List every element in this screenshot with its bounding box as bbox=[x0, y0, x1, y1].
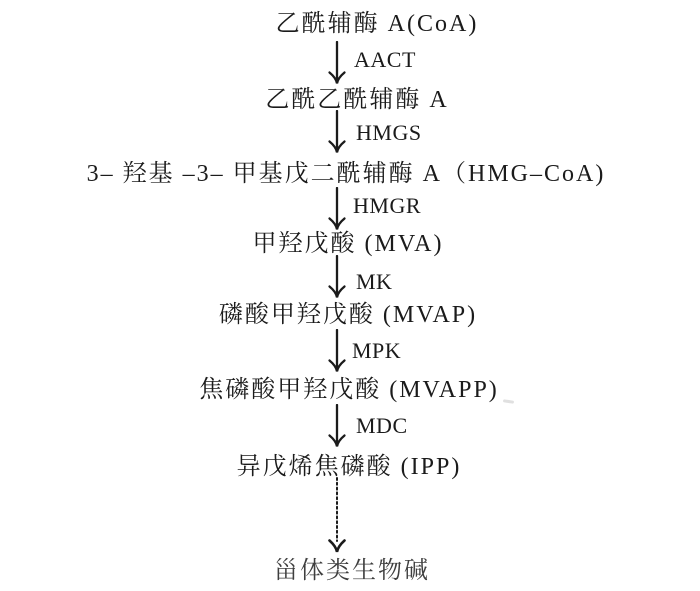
down-arrow-icon bbox=[326, 329, 348, 374]
down-arrow-icon bbox=[326, 41, 348, 86]
node-acetoacetyl-coa: 乙酰乙酰辅酶 A bbox=[265, 86, 448, 114]
down-arrow-icon bbox=[326, 110, 348, 155]
dotted-down-arrow-icon bbox=[326, 477, 348, 555]
node-mvapp: 焦磷酸甲羟戊酸 (MVAPP) bbox=[199, 376, 499, 404]
node-ipp: 异戊烯焦磷酸 (IPP) bbox=[237, 453, 462, 481]
down-arrow-icon bbox=[326, 404, 348, 449]
scan-artifact bbox=[503, 399, 514, 404]
enzyme-label-mdc: MDC bbox=[356, 413, 408, 439]
node-hmg-coa: 3– 羟基 –3– 甲基戊二酰辅酶 A（HMG–CoA) bbox=[87, 160, 606, 188]
enzyme-label-hmgs: HMGS bbox=[356, 120, 422, 146]
enzyme-label-aact: AACT bbox=[354, 47, 416, 73]
down-arrow-icon bbox=[326, 187, 348, 232]
node-acetyl-coa: 乙酰辅酶 A(CoA) bbox=[276, 10, 479, 38]
enzyme-label-hmgr: HMGR bbox=[353, 193, 421, 219]
enzyme-label-mk: MK bbox=[356, 269, 392, 295]
down-arrow-icon bbox=[326, 255, 348, 300]
enzyme-label-mpk: MPK bbox=[352, 338, 401, 364]
mva-pathway-diagram: 乙酰辅酶 A(CoA) 乙酰乙酰辅酶 A 3– 羟基 –3– 甲基戊二酰辅酶 A… bbox=[0, 0, 700, 591]
node-mva: 甲羟戊酸 (MVA) bbox=[253, 230, 444, 258]
node-mvap: 磷酸甲羟戊酸 (MVAP) bbox=[219, 301, 477, 329]
node-steroidal-alkaloids: 甾体类生物碱 bbox=[274, 557, 430, 585]
